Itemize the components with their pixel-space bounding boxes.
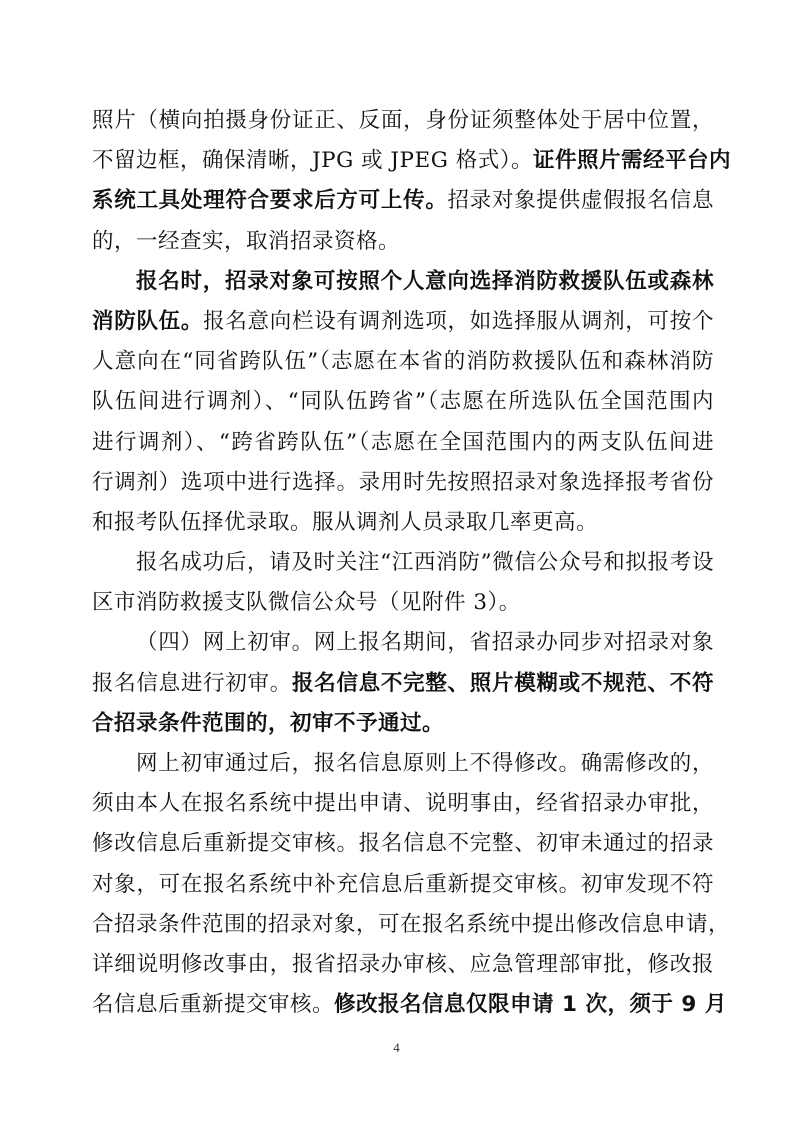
text-segment: （四）网上初审。网上报名期间，省招录办同步对招录对象: [136, 630, 714, 655]
text-line: 须由本人在报名系统中提出申请、说明事由，经省招录办审批，: [92, 784, 714, 824]
text-line: 队伍间进行调剂）、“同队伍跨省”（志愿在所选队伍全国范围内: [92, 382, 714, 422]
text-line: 合招录条件范围的招录对象，可在报名系统中提出修改信息申请，: [92, 905, 714, 945]
page-number: 4: [0, 1040, 793, 1056]
text-segment: 报名信息进行初审。: [92, 671, 292, 696]
text-line: 详细说明修改事由，报省招录办审核、应急管理部审批，修改报: [92, 945, 714, 985]
text-line: 名信息后重新提交审核。修改报名信息仅限申请 1 次，须于 9 月: [92, 985, 714, 1025]
text-segment: 人意向在“同省跨队伍”（志愿在本省的消防救援队伍和森林消防: [92, 349, 714, 374]
text-segment: 的，一经查实，取消招录资格。: [92, 229, 400, 254]
text-segment: 报名意向栏设有调剂选项，如选择服从调剂，可按个: [203, 309, 714, 334]
text-line: 系统工具处理符合要求后方可上传。招录对象提供虚假报名信息: [92, 181, 714, 221]
text-segment: 招录对象提供虚假报名信息: [448, 188, 714, 213]
text-line: 对象，可在报名系统中补充信息后重新提交审核。初审发现不符: [92, 865, 714, 905]
text-segment: 进行调剂）、“跨省跨队伍”（志愿在全国范围内的两支队伍间进: [92, 430, 714, 455]
text-segment: 详细说明修改事由，报省招录办审核、应急管理部审批，修改报: [92, 952, 714, 977]
text-line: 进行调剂）、“跨省跨队伍”（志愿在全国范围内的两支队伍间进: [92, 423, 714, 463]
text-line: 报名成功后，请及时关注“江西消防”微信公众号和拟报考设: [92, 543, 714, 583]
bold-text-segment: 报名信息不完整、照片模糊或不规范、不符: [292, 671, 714, 696]
bold-text-segment: 消防队伍。: [92, 309, 203, 334]
text-segment: 修改信息后重新提交审核。报名信息不完整、初审未通过的招录: [92, 831, 714, 856]
text-line: 的，一经查实，取消招录资格。: [92, 222, 714, 262]
text-line: 报名信息进行初审。报名信息不完整、照片模糊或不规范、不符: [92, 664, 714, 704]
text-line: 不留边框，确保清晰，JPG 或 JPEG 格式）。证件照片需经平台内: [92, 141, 714, 181]
bold-text-segment: 报名时，招录对象可按照个人意向选择消防救援队伍或森林: [136, 269, 714, 294]
text-line: 行调剂）选项中进行选择。录用时先按照招录对象选择报考省份: [92, 463, 714, 503]
body-text: 照片（横向拍摄身份证正、反面，身份证须整体处于居中位置，不留边框，确保清晰，JP…: [92, 101, 714, 1025]
text-segment: 和报考队伍择优录取。服从调剂人员录取几率更高。: [92, 510, 598, 535]
text-line: 消防队伍。报名意向栏设有调剂选项，如选择服从调剂，可按个: [92, 302, 714, 342]
text-segment: 对象，可在报名系统中补充信息后重新提交审核。初审发现不符: [92, 872, 714, 897]
text-line: 网上初审通过后，报名信息原则上不得修改。确需修改的，: [92, 744, 714, 784]
text-segment: 区市消防救援支队微信公众号（见附件 3）。: [92, 590, 521, 615]
text-line: 修改信息后重新提交审核。报名信息不完整、初审未通过的招录: [92, 824, 714, 864]
text-segment: 不留边框，确保清晰，JPG 或 JPEG 格式）。: [92, 148, 533, 173]
text-segment: 名信息后重新提交审核。: [92, 992, 334, 1017]
bold-text-segment: 修改报名信息仅限申请 1 次，须于 9 月: [334, 992, 727, 1017]
text-line: 区市消防救援支队微信公众号（见附件 3）。: [92, 583, 714, 623]
text-line: 合招录条件范围的，初审不予通过。: [92, 704, 714, 744]
text-segment: 队伍间进行调剂）、“同队伍跨省”（志愿在所选队伍全国范围内: [92, 389, 714, 414]
text-line: 人意向在“同省跨队伍”（志愿在本省的消防救援队伍和森林消防: [92, 342, 714, 382]
bold-text-segment: 证件照片需经平台内: [533, 148, 731, 173]
text-segment: 报名成功后，请及时关注“江西消防”微信公众号和拟报考设: [136, 550, 714, 575]
text-segment: 行调剂）选项中进行选择。录用时先按照招录对象选择报考省份: [92, 470, 714, 495]
document-page: 照片（横向拍摄身份证正、反面，身份证须整体处于居中位置，不留边框，确保清晰，JP…: [0, 0, 793, 1122]
text-segment: 须由本人在报名系统中提出申请、说明事由，经省招录办审批，: [92, 791, 714, 816]
text-segment: 合招录条件范围的招录对象，可在报名系统中提出修改信息申请，: [92, 912, 730, 937]
text-line: 照片（横向拍摄身份证正、反面，身份证须整体处于居中位置，: [92, 101, 714, 141]
text-line: （四）网上初审。网上报名期间，省招录办同步对招录对象: [92, 623, 714, 663]
text-line: 报名时，招录对象可按照个人意向选择消防救援队伍或森林: [92, 262, 714, 302]
bold-text-segment: 合招录条件范围的，初审不予通过。: [92, 711, 444, 736]
bold-text-segment: 系统工具处理符合要求后方可上传。: [92, 188, 448, 213]
text-line: 和报考队伍择优录取。服从调剂人员录取几率更高。: [92, 503, 714, 543]
text-segment: 网上初审通过后，报名信息原则上不得修改。确需修改的，: [136, 751, 714, 776]
text-segment: 照片（横向拍摄身份证正、反面，身份证须整体处于居中位置，: [92, 108, 714, 133]
